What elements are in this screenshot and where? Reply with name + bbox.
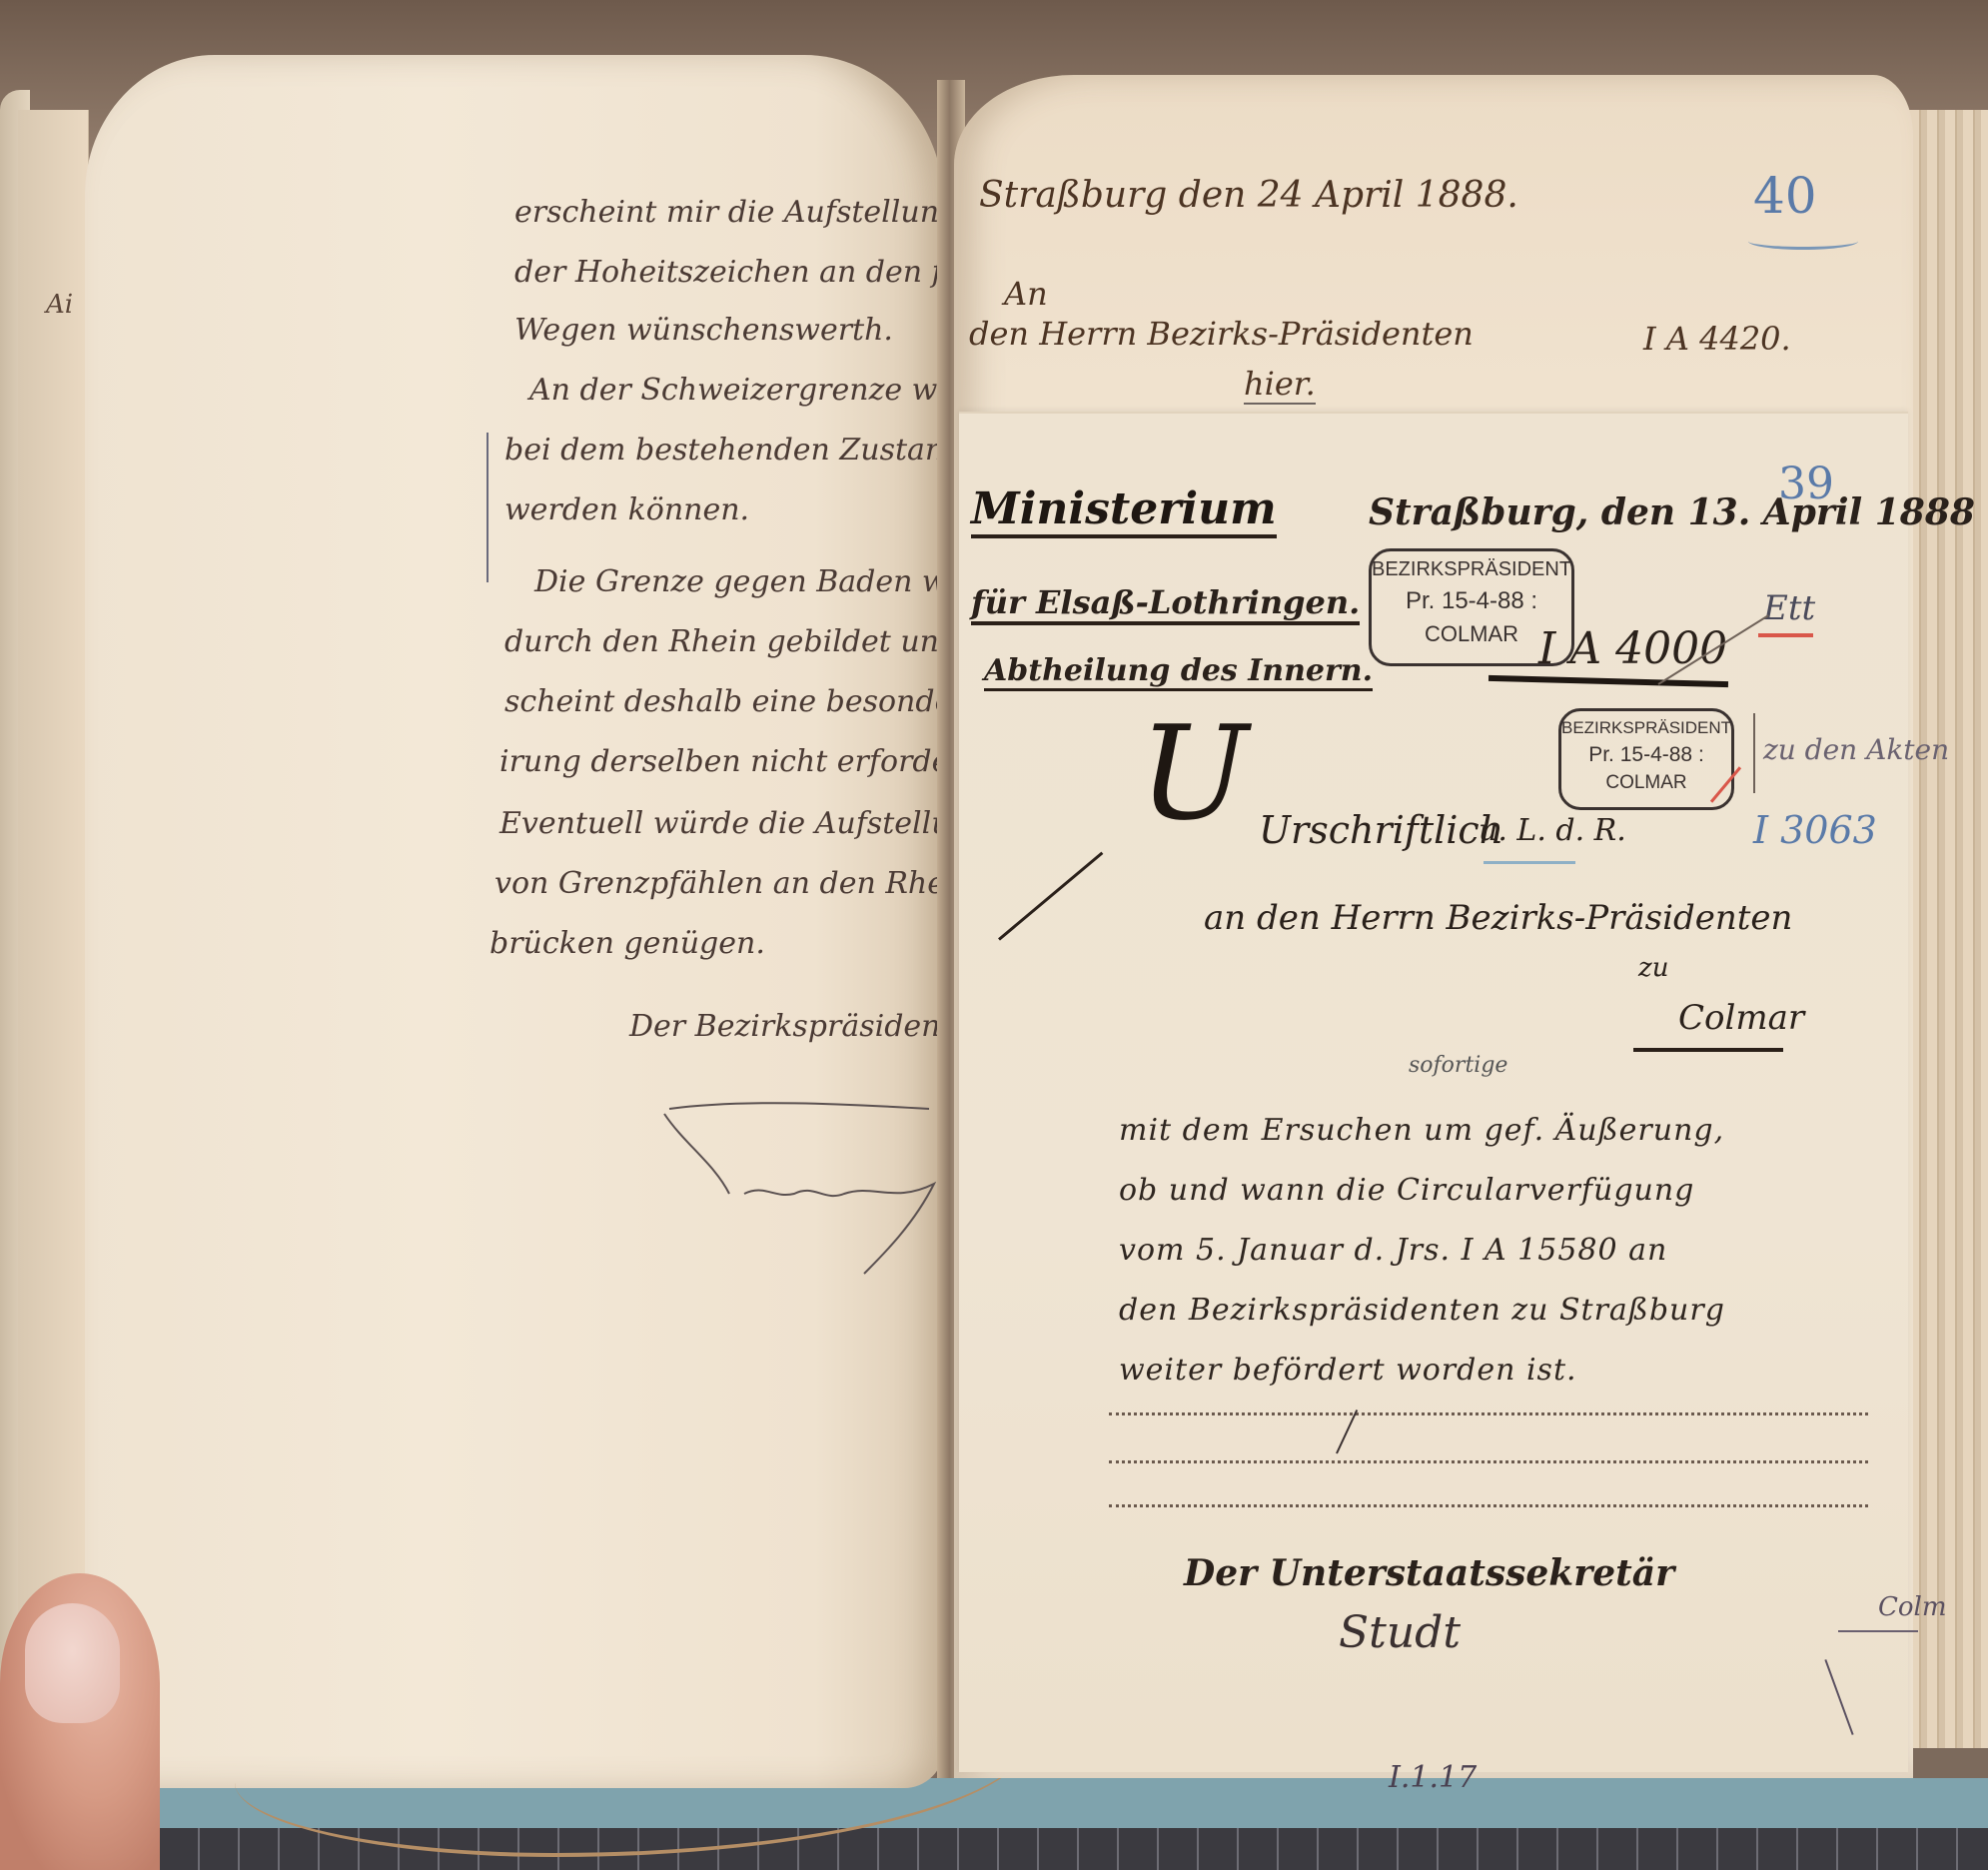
- insertion-sofortige: sofortige: [1409, 1053, 1507, 1078]
- reference-underline: [1489, 675, 1728, 687]
- right-addressee-hier: hier.: [1244, 365, 1316, 405]
- right-addressee-an: An: [1004, 275, 1048, 313]
- folio-number-40: 40: [1753, 167, 1817, 225]
- right-place-date: Straßburg den 24 April 1888.: [979, 175, 1518, 216]
- recipient-line: an den Herrn Bezirks-Präsidenten: [1204, 898, 1792, 938]
- folio-number-39: 39: [1778, 459, 1834, 509]
- cutting-mat: [0, 1828, 1988, 1870]
- corner-note-colm: Colm: [1878, 1592, 1947, 1622]
- dotted-line-3: [1109, 1504, 1868, 1507]
- left-line-6: werden können.: [504, 492, 749, 527]
- recipient-zu: zu: [1638, 953, 1668, 983]
- margin-pencil-bracket: [1753, 713, 1755, 793]
- left-page: erscheint mir die Aufstellung einer der …: [85, 55, 944, 1788]
- folio-underline: [1748, 233, 1858, 250]
- margin-note-zu-den-akten: zu den Akten: [1763, 733, 1949, 766]
- left-line-12: von Grenzpfählen an den Rhein-: [495, 866, 984, 901]
- left-line-3: Wegen wünschenswerth.: [514, 313, 893, 348]
- reference-blue: I 3063: [1753, 808, 1877, 852]
- heading-suffix: u. L. d. R.: [1479, 813, 1626, 848]
- red-underline: [1758, 633, 1813, 637]
- received-stamp-2: BEZIRKSPRÄSIDENT Pr. 15-4-88 : COLMAR: [1558, 708, 1734, 810]
- colmar-underline: [1633, 1048, 1783, 1052]
- heading-initial-capitals: U: [1139, 708, 1249, 838]
- left-line-7: Die Grenze gegen Baden wird: [534, 564, 991, 599]
- letterhead-ministerium: Ministerium: [971, 483, 1277, 538]
- dotted-line-2: [1109, 1460, 1868, 1463]
- dotted-line-1: [1109, 1412, 1868, 1415]
- body-line-1: mit dem Ersuchen um gef. Äußerung,: [1119, 1113, 1724, 1148]
- right-reference: I A 4420.: [1643, 320, 1791, 358]
- insert-page: Ministerium für Elsaß-Lothringen. Abthei…: [959, 412, 1908, 1772]
- blue-underline: [1484, 861, 1575, 864]
- insert-place-date: Straßburg, den 13. April 1888: [1369, 491, 1975, 533]
- margin-bracket-line: [487, 433, 489, 582]
- closing-unterstaatssekretaer: Der Unterstaatssekretär: [1184, 1552, 1674, 1594]
- archive-label: I.1.17: [1389, 1760, 1477, 1795]
- recipient-colmar: Colmar: [1678, 998, 1804, 1038]
- diagonal-slash: [998, 852, 1103, 941]
- left-closing: Der Bezirkspräsident.: [629, 1009, 962, 1044]
- insert-reference: I A 4000: [1538, 623, 1727, 674]
- signature-studt: Studt: [1339, 1607, 1461, 1658]
- left-signature: [644, 1084, 944, 1294]
- initials-note: Ett: [1763, 588, 1815, 628]
- body-line-4: den Bezirkspräsidenten zu Straßburg: [1119, 1293, 1725, 1328]
- right-page-stack: [1903, 110, 1988, 1748]
- corner-note-underline: [1838, 1630, 1918, 1632]
- corner-scribble: [1824, 1659, 1853, 1735]
- left-line-11: Eventuell würde die Aufstellung: [499, 806, 989, 841]
- right-addressee: den Herrn Bezirks-Präsidenten: [969, 315, 1474, 353]
- body-line-2: ob und wann die Circularverfügung: [1119, 1173, 1694, 1208]
- left-page-edge-inner: Ai: [18, 110, 89, 1808]
- left-line-13: brücken genügen.: [490, 926, 765, 961]
- body-line-5: weiter befördert worden ist.: [1119, 1353, 1577, 1388]
- left-margin-note: Ai: [46, 290, 73, 320]
- letterhead-abtheilung: Abtheilung des Innern.: [984, 653, 1373, 691]
- body-line-3: vom 5. Januar d. Jrs. I A 15580 an: [1119, 1233, 1667, 1268]
- pencil-slash: [1336, 1409, 1358, 1453]
- left-line-8: durch den Rhein gebildet und er-: [504, 624, 1010, 659]
- fingernail: [25, 1603, 120, 1723]
- heading-urschriftlich: Urschriftlich: [1259, 808, 1503, 852]
- letterhead-elsass-lothringen: für Elsaß-Lothringen.: [971, 583, 1360, 625]
